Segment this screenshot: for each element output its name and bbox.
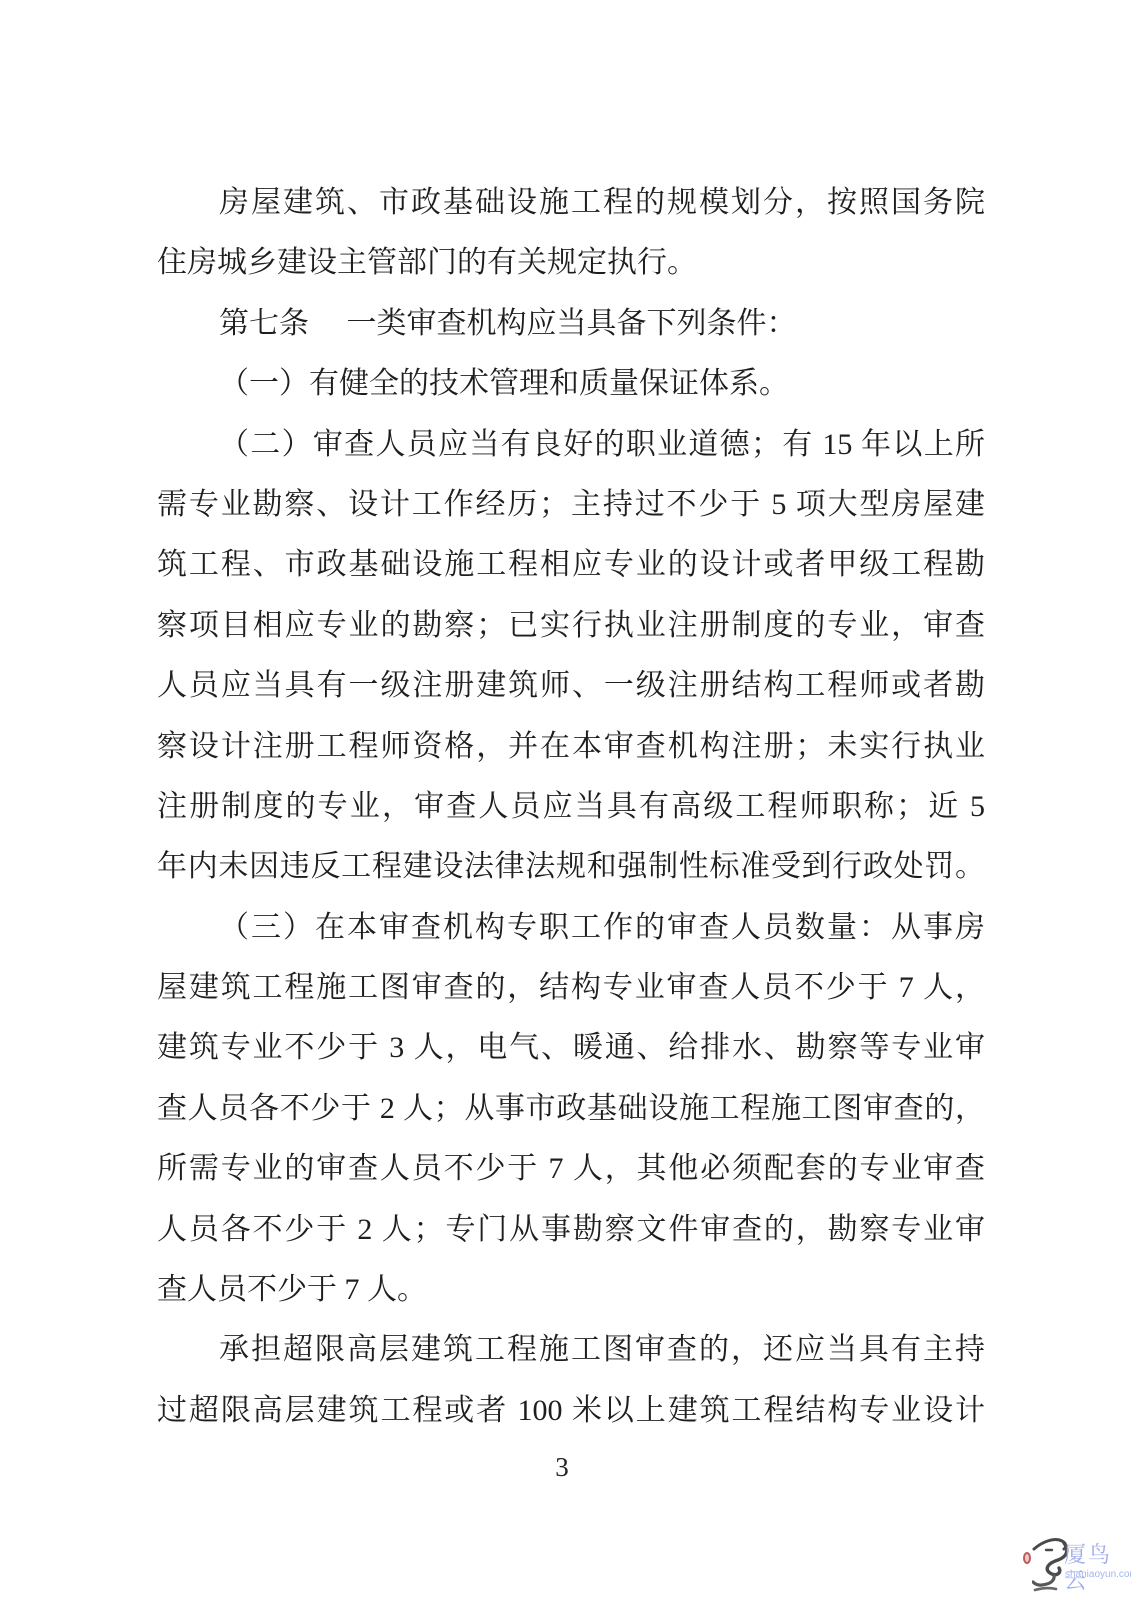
text-line: 察项目相应专业的勘察；已实行执业注册制度的专业，审查 bbox=[157, 596, 985, 656]
brand-domain: shaniaoyun.com bbox=[1065, 1569, 1131, 1580]
text-line: 年内未因违反工程建设法律法规和强制性标准受到行政处罚。 bbox=[157, 837, 985, 897]
text-line: 察设计注册工程师资格，并在本审查机构注册；未实行执业 bbox=[157, 717, 985, 777]
text-line: 人员应当具有一级注册建筑师、一级注册结构工程师或者勘 bbox=[157, 656, 985, 716]
text-line: 房屋建筑、市政基础设施工程的规模划分，按照国务院 bbox=[157, 173, 985, 233]
text-line: （一）有健全的技术管理和质量保证体系。 bbox=[157, 354, 985, 414]
seal-icon bbox=[1023, 1552, 1031, 1564]
document-body: 房屋建筑、市政基础设施工程的规模划分，按照国务院住房城乡建设主管部门的有关规定执… bbox=[157, 173, 985, 1441]
page-number: 3 bbox=[157, 1452, 967, 1483]
text-line: 过超限高层建筑工程或者 100 米以上建筑工程结构专业设计 bbox=[157, 1381, 985, 1441]
text-line: 查人员各不少于 2 人；从事市政基础设施工程施工图审查的， bbox=[157, 1079, 985, 1139]
brand-watermark: 厦鸟云 shaniaoyun.com bbox=[1008, 1534, 1130, 1596]
text-line: （二）审查人员应当有良好的职业道德；有 15 年以上所 bbox=[157, 415, 985, 475]
brand-name: 厦鸟云 bbox=[1064, 1542, 1130, 1594]
text-line: 所需专业的审查人员不少于 7 人，其他必须配套的专业审查 bbox=[157, 1139, 985, 1199]
text-line: 屋建筑工程施工图审查的，结构专业审查人员不少于 7 人， bbox=[157, 958, 985, 1018]
text-line: 查人员不少于 7 人。 bbox=[157, 1260, 985, 1320]
text-line: 建筑专业不少于 3 人，电气、暖通、给排水、勘察等专业审 bbox=[157, 1018, 985, 1078]
text-line: （三）在本审查机构专职工作的审查人员数量：从事房 bbox=[157, 898, 985, 958]
text-line: 承担超限高层建筑工程施工图审查的，还应当具有主持 bbox=[157, 1320, 985, 1380]
text-line: 住房城乡建设主管部门的有关规定执行。 bbox=[157, 233, 985, 293]
text-line: 第七条 一类审查机构应当具备下列条件： bbox=[157, 294, 985, 354]
text-line: 人员各不少于 2 人；专门从事勘察文件审查的，勘察专业审 bbox=[157, 1200, 985, 1260]
text-line: 注册制度的专业，审查人员应当具有高级工程师职称；近 5 bbox=[157, 777, 985, 837]
text-line: 筑工程、市政基础设施工程相应专业的设计或者甲级工程勘 bbox=[157, 535, 985, 595]
text-line: 需专业勘察、设计工作经历；主持过不少于 5 项大型房屋建 bbox=[157, 475, 985, 535]
document-page: 房屋建筑、市政基础设施工程的规模划分，按照国务院住房城乡建设主管部门的有关规定执… bbox=[0, 0, 1131, 1600]
